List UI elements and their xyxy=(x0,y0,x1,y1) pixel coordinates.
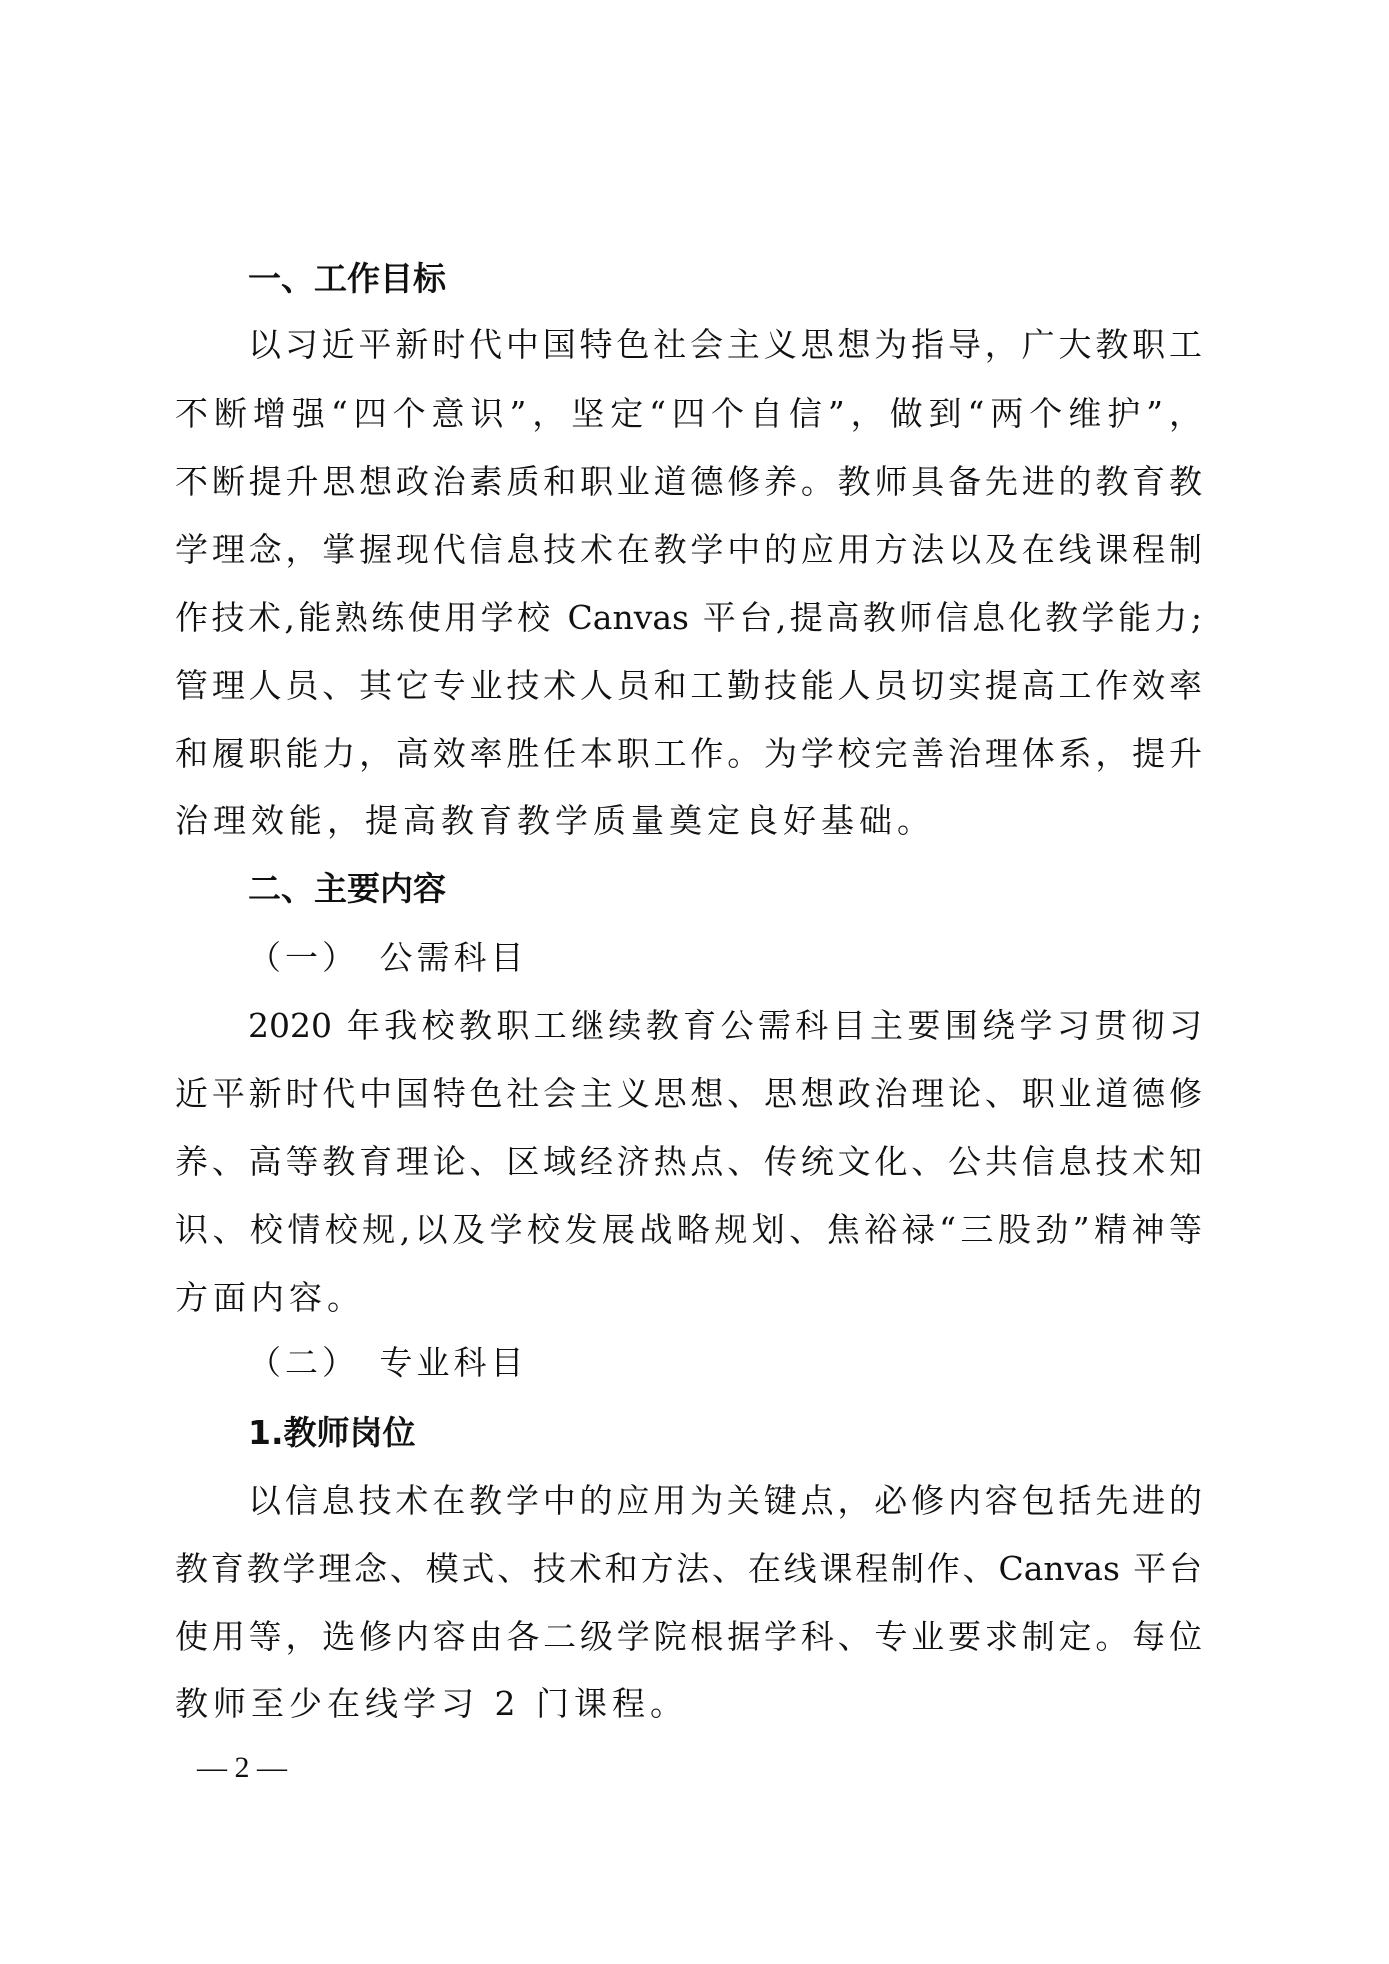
subsection-heading-public-subjects: （一） 公需科目 xyxy=(248,938,1275,978)
paragraph-line: 以信息技术在教学中的应用为关键点，必修内容包括先进的 xyxy=(248,1481,1202,1521)
paragraph-line: 和履职能力，高效率胜任本职工作。为学校完善治理体系，提升 xyxy=(175,734,1202,774)
section-heading-work-goals: 一、工作目标 xyxy=(248,259,1202,299)
paragraph-line: 以习近平新时代中国特色社会主义思想为指导，广大教职工 xyxy=(248,325,1202,365)
paragraph-line: 不断增强“四个意识”，坚定“四个自信”，做到“两个维护”， xyxy=(175,394,1202,434)
paragraph-line: 治理效能，提高教育教学质量奠定良好基础。 xyxy=(175,801,1202,841)
page-number: — 2 — xyxy=(197,1750,287,1786)
item-heading-teacher-positions: 1.教师岗位 xyxy=(248,1413,1202,1453)
paragraph-line: 学理念，掌握现代信息技术在教学中的应用方法以及在线课程制 xyxy=(175,530,1202,570)
paragraph-line: 养、高等教育理论、区域经济热点、传统文化、公共信息技术知 xyxy=(175,1142,1202,1182)
paragraph-line: 不断提升思想政治素质和职业道德修养。教师具备先进的教育教 xyxy=(175,462,1202,502)
paragraph-line: 使用等，选修内容由各二级学院根据学科、专业要求制定。每位 xyxy=(175,1617,1202,1657)
paragraph-line: 作技术,能熟练使用学校 Canvas 平台,提高教师信息化教学能力; xyxy=(175,598,1202,638)
document-page: 一、工作目标 以习近平新时代中国特色社会主义思想为指导，广大教职工 不断增强“四… xyxy=(0,0,1389,1964)
section-heading-main-content: 二、主要内容 xyxy=(248,869,1202,909)
paragraph-line: 识、校情校规,以及学校发展战略规划、焦裕禄“三股劲”精神等 xyxy=(175,1210,1202,1250)
paragraph-line: 2020 年我校教职工继续教育公需科目主要围绕学习贯彻习 xyxy=(248,1006,1202,1046)
paragraph-line: 近平新时代中国特色社会主义思想、思想政治理论、职业道德修 xyxy=(175,1074,1202,1114)
paragraph-line: 管理人员、其它专业技术人员和工勤技能人员切实提高工作效率 xyxy=(175,666,1202,706)
subsection-heading-professional-subjects: （二） 专业科目 xyxy=(248,1343,1275,1383)
paragraph-line: 方面内容。 xyxy=(175,1278,1202,1318)
paragraph-line: 教师至少在线学习 2 门课程。 xyxy=(175,1684,1202,1724)
paragraph-line: 教育教学理念、模式、技术和方法、在线课程制作、Canvas 平台 xyxy=(175,1549,1202,1589)
